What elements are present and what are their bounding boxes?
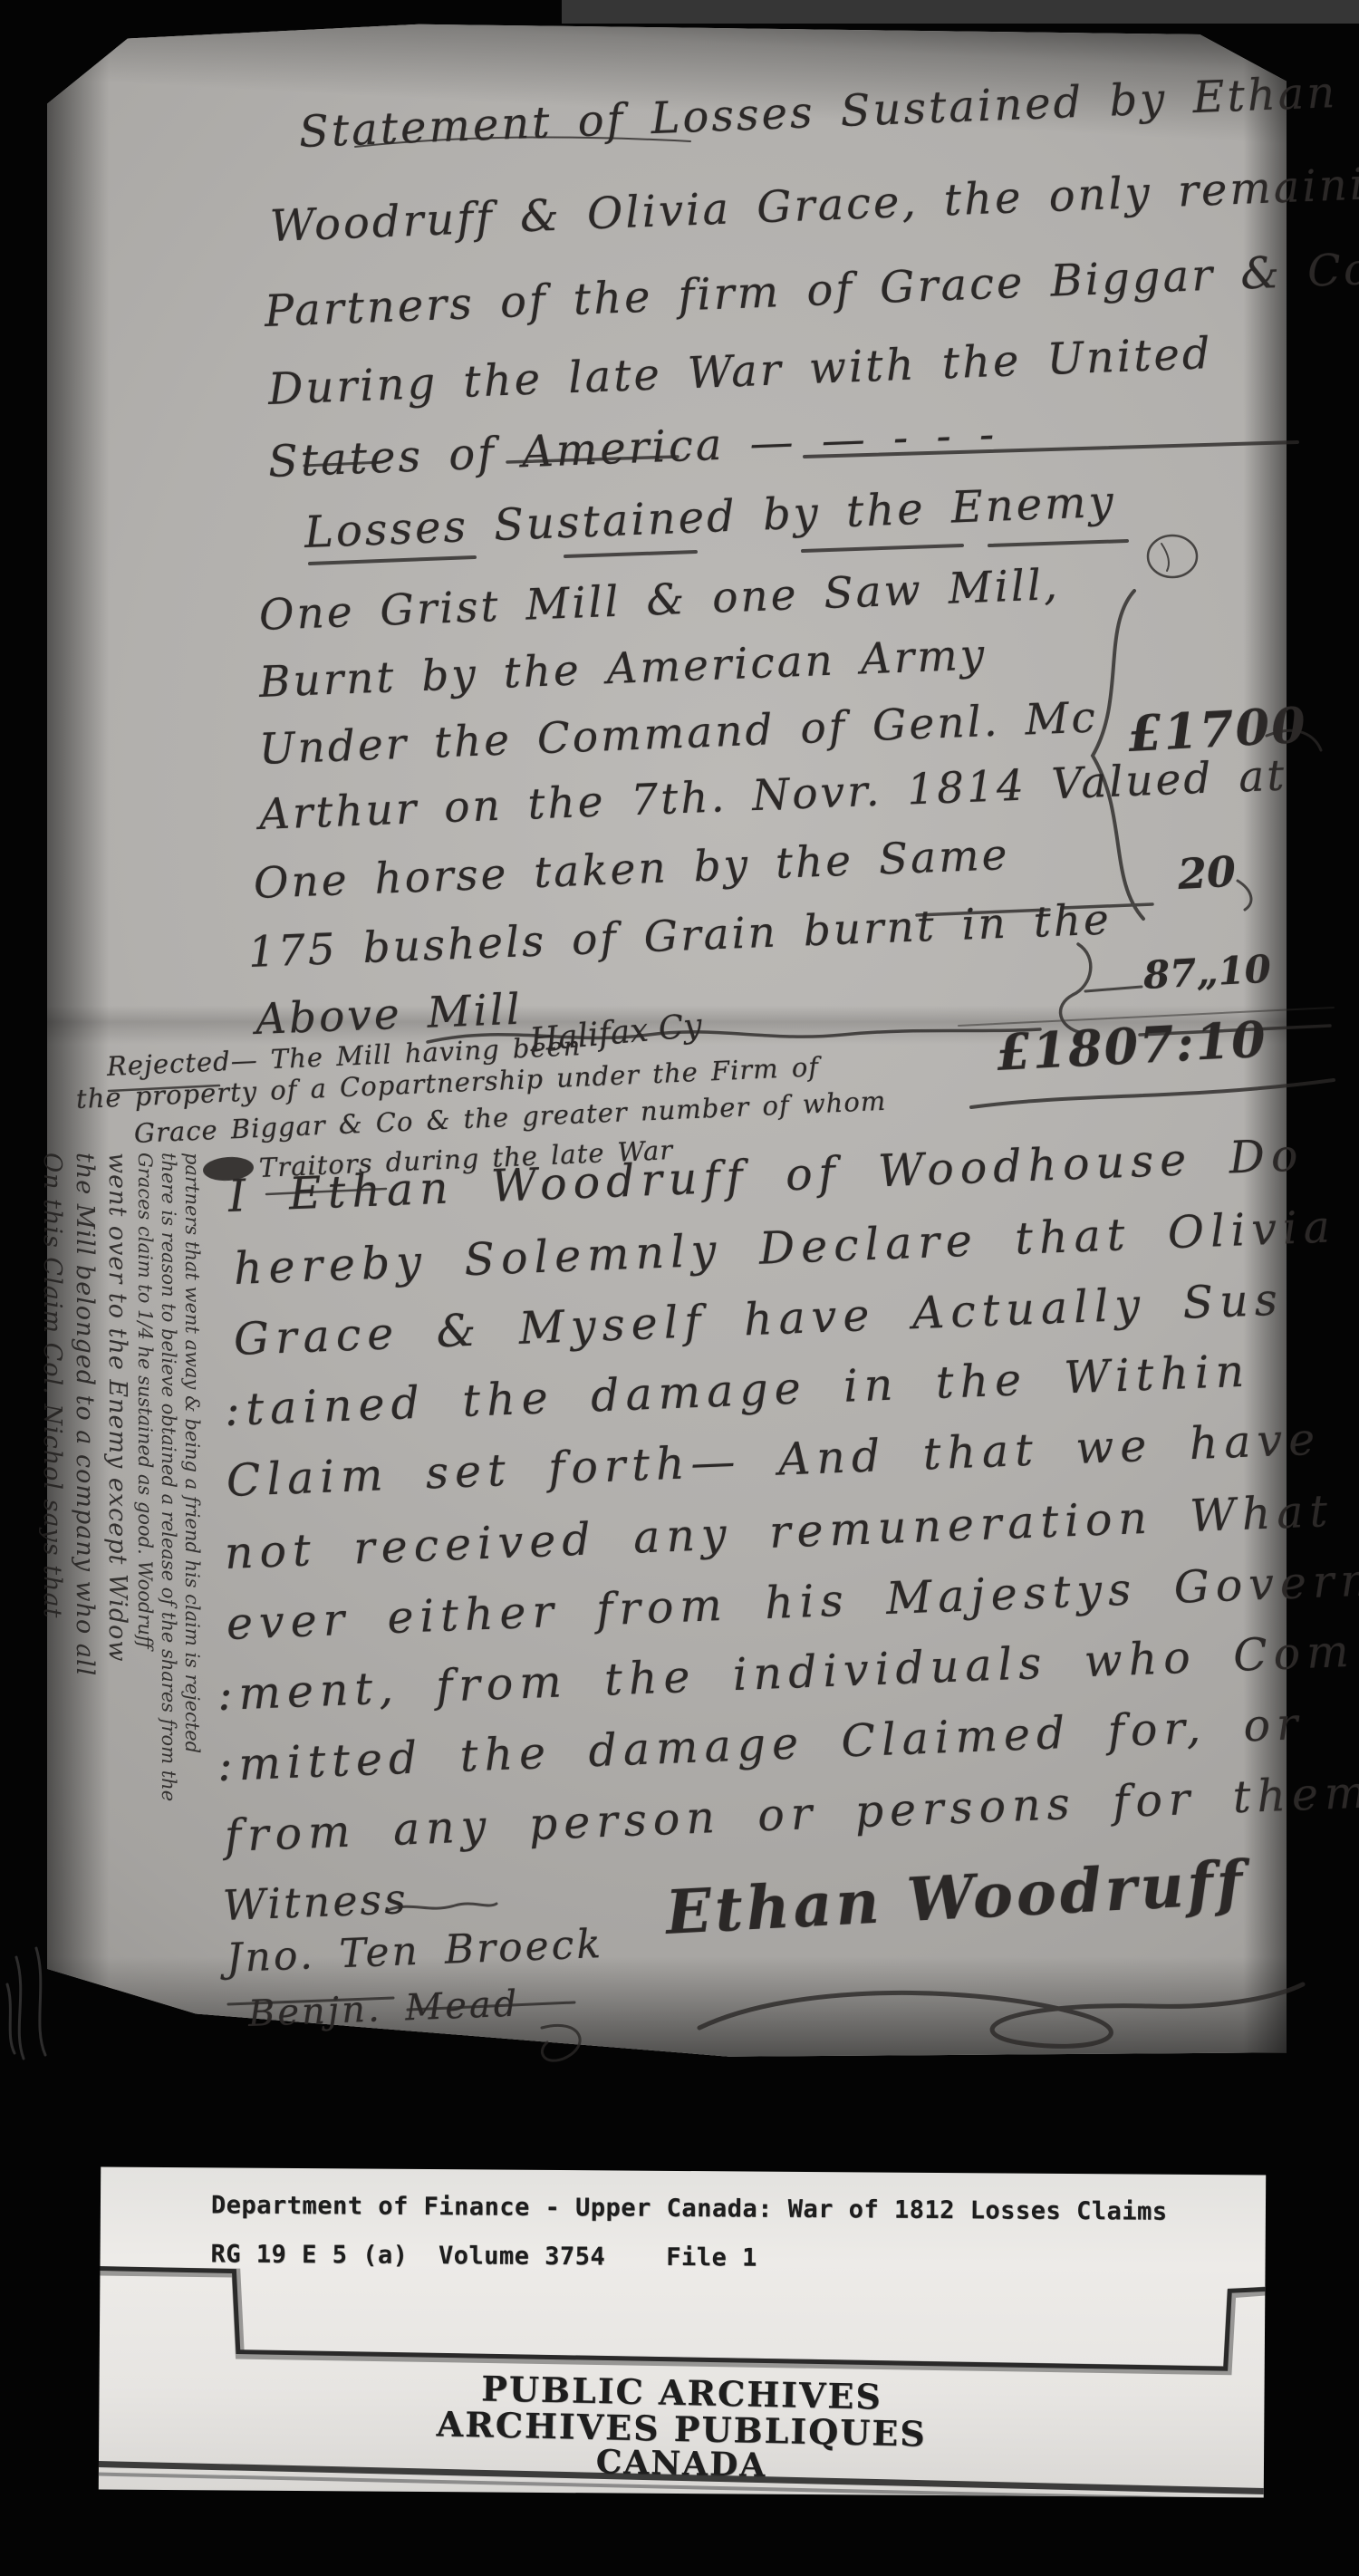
witness-label: Witness bbox=[222, 1874, 410, 1930]
document-scan: Statement of Losses Sustained by Ethan W… bbox=[0, 0, 1359, 2576]
public-archives-stamp: PUBLIC ARCHIVES ARCHIVES PUBLIQUES CANAD… bbox=[101, 2167, 1266, 2176]
margin-note-line: went over to the Enemy except Widow bbox=[101, 1153, 133, 2059]
grain-amount: 87„10 bbox=[1142, 947, 1272, 998]
archive-label-line2: RG 19 E 5 (a) Volume 3754 File 1 bbox=[210, 2240, 757, 2272]
margin-note-line: the Mill belonged to a company who all bbox=[68, 1153, 101, 2059]
margin-note-line: there is reason to believe obtained a re… bbox=[157, 1153, 180, 2059]
margin-note-line: Graces claim to 1/4 he sustained as good… bbox=[133, 1153, 157, 2059]
mill-amount: £1700 bbox=[1126, 696, 1308, 763]
archive-label-card: Department of Finance - Upper Canada: Wa… bbox=[99, 2167, 1266, 2498]
horse-amount: 20 bbox=[1177, 847, 1238, 899]
scanner-streak bbox=[562, 0, 1359, 24]
margin-note-line: partners that went away & being a friend… bbox=[180, 1153, 204, 2059]
margin-annotation: partners that went away & being a friend… bbox=[35, 1153, 204, 2059]
margin-note-line: On this Claim Col. Nichol says that bbox=[35, 1153, 68, 2059]
archive-label-line1: Department of Finance - Upper Canada: Wa… bbox=[211, 2191, 1168, 2225]
